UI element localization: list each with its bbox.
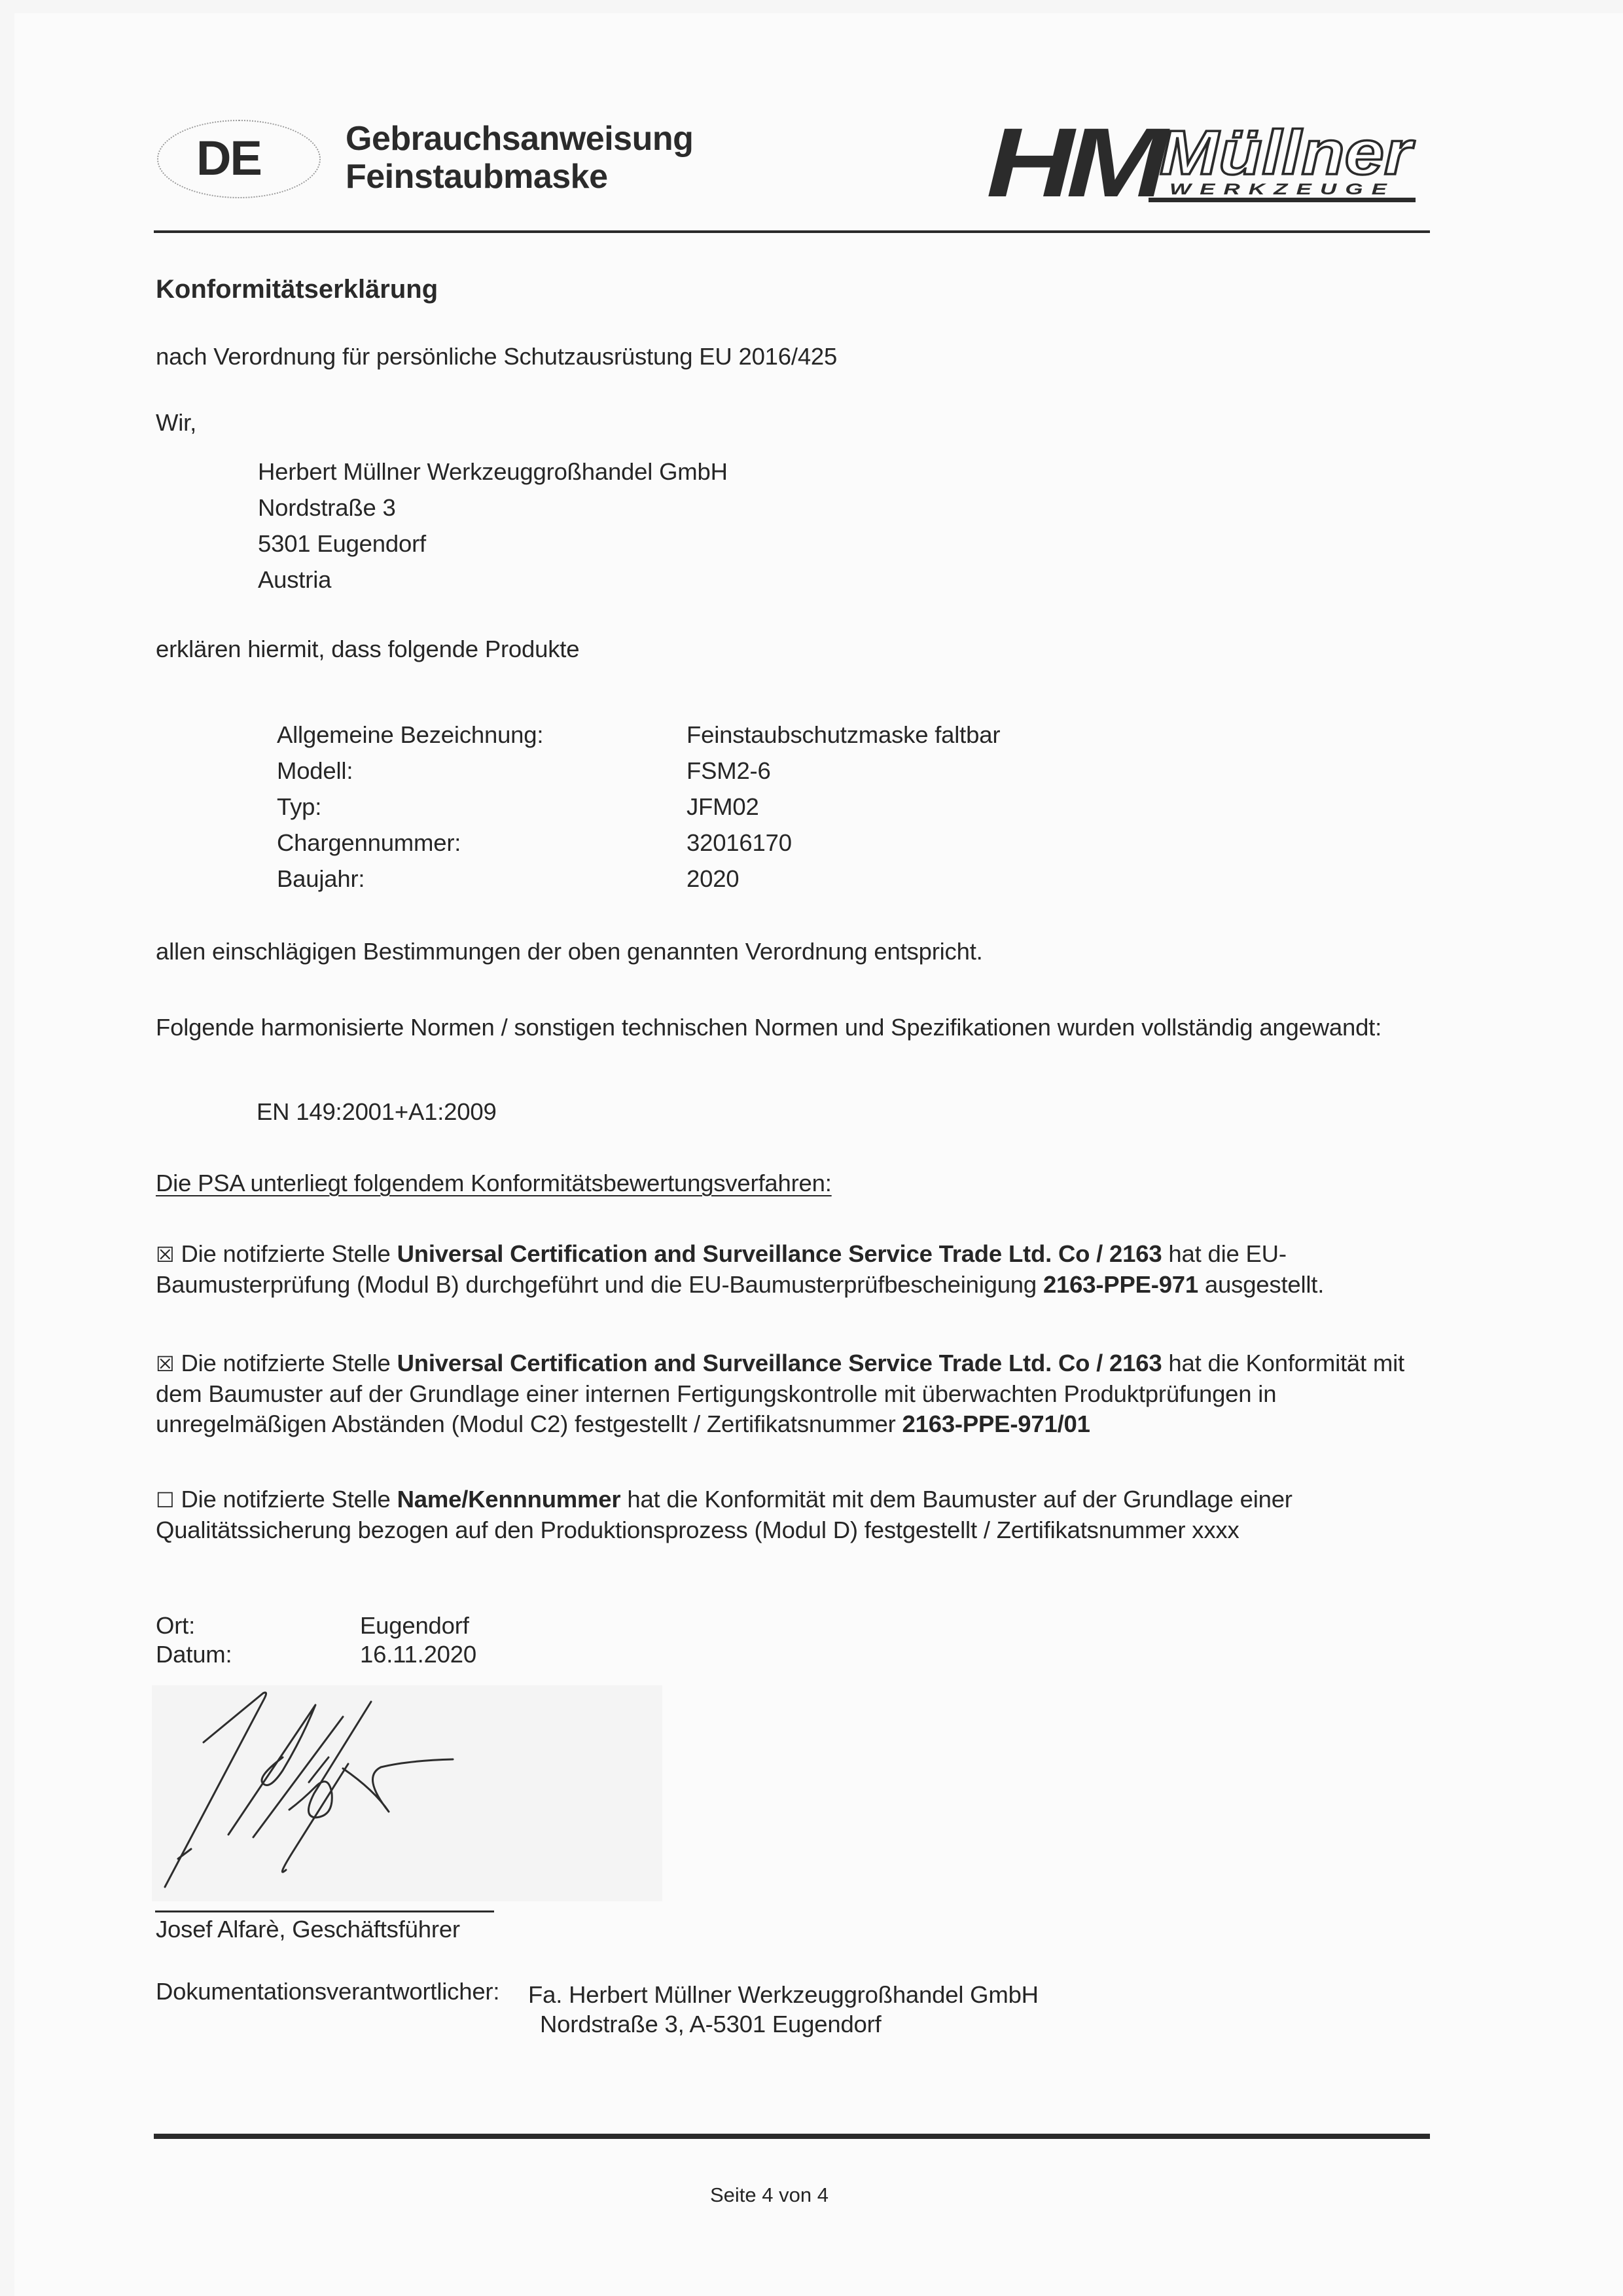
manufacturer-country: Austria (258, 562, 728, 598)
logo-initials: HM (986, 117, 1170, 205)
notified-body: Universal Certification and Surveillance… (397, 1240, 1162, 1267)
spec-row: Chargennummer: 32016170 (277, 825, 1000, 861)
procedure-text: Die notifzierte Stelle (181, 1486, 397, 1513)
spec-value: 32016170 (687, 825, 792, 861)
place-date-block: Ort:Eugendorf Datum:16.11.2020 (156, 1611, 476, 1669)
certificate-number: 2163-PPE-971/01 (902, 1410, 1090, 1437)
footer-divider (154, 2134, 1430, 2139)
signature-area (152, 1685, 662, 1901)
spec-row: Typ: JFM02 (277, 789, 1000, 825)
spec-label: Allgemeine Bezeichnung: (277, 717, 687, 753)
procedure-item: ☒ Die notifzierte Stelle Universal Certi… (156, 1348, 1438, 1439)
spec-label: Modell: (277, 753, 687, 789)
procedure-text: Die notifzierte Stelle (181, 1350, 397, 1376)
title-line-1: Gebrauchsanweisung (346, 120, 693, 158)
spec-value: Feinstaubschutzmaske faltbar (687, 717, 1000, 753)
certificate-number: 2163-PPE-971 (1043, 1271, 1198, 1298)
date-value: 16.11.2020 (360, 1640, 476, 1669)
signatory-name: Josef Alfarè, Geschäftsführer (156, 1918, 460, 1942)
spec-row: Modell: FSM2-6 (277, 753, 1000, 789)
procedure-text: ausgestellt. (1198, 1271, 1324, 1298)
notified-body: Universal Certification and Surveillance… (397, 1350, 1162, 1376)
logo-brand-name: Müllner (1160, 118, 1415, 188)
manufacturer-street: Nordstraße 3 (258, 490, 728, 526)
doc-responsible-company: Fa. Herbert Müllner Werkzeuggroßhandel G… (528, 1980, 1039, 2009)
we-label: Wir, (156, 411, 196, 435)
spec-row: Allgemeine Bezeichnung: Feinstaubschutzm… (277, 717, 1000, 753)
spec-label: Chargennummer: (277, 825, 687, 861)
procedure-item: ☐ Die notifzierte Stelle Name/Kennnummer… (156, 1484, 1438, 1545)
notified-body: Name/Kennnummer (397, 1486, 621, 1513)
declare-line: erklären hiermit, dass folgende Produkte (156, 637, 579, 662)
checkbox-checked-icon: ☒ (156, 1352, 175, 1376)
standards-intro: Folgende harmonisierte Normen / sonstige… (156, 1013, 1438, 1043)
manufacturer-city: 5301 Eugendorf (258, 526, 728, 562)
spec-value: JFM02 (687, 789, 759, 825)
company-logo: HM Müllner WERKZEUGE (980, 117, 1431, 205)
header-divider (154, 230, 1430, 233)
procedure-item: ☒ Die notifzierte Stelle Universal Certi… (156, 1239, 1438, 1300)
spec-label: Typ: (277, 789, 687, 825)
product-spec-table: Allgemeine Bezeichnung: Feinstaubschutzm… (277, 717, 1000, 897)
manufacturer-name: Herbert Müllner Werkzeuggroßhandel GmbH (258, 454, 728, 490)
regulation-line: nach Verordnung für persönliche Schutzau… (156, 345, 837, 369)
language-badge: DE (196, 134, 261, 183)
title-line-2: Feinstaubmaske (346, 158, 693, 196)
spec-value: 2020 (687, 861, 739, 897)
doc-responsible-label: Dokumentationsverantwortlicher: (156, 1980, 499, 2004)
spec-row: Baujahr: 2020 (277, 861, 1000, 897)
logo-brand-sub: WERKZEUGE (1169, 181, 1395, 198)
checkbox-unchecked-icon: ☐ (156, 1488, 175, 1513)
procedure-heading: Die PSA unterliegt folgendem Konformität… (156, 1172, 832, 1196)
document-title: Gebrauchsanweisung Feinstaubmaske (346, 120, 693, 196)
spec-label: Baujahr: (277, 861, 687, 897)
applied-standard: EN 149:2001+A1:2009 (257, 1100, 497, 1124)
signature-line (155, 1910, 494, 1912)
compliance-line: allen einschlägigen Bestimmungen der obe… (156, 940, 983, 964)
place-label: Ort: (156, 1611, 360, 1640)
procedure-text: Die notifzierte Stelle (181, 1240, 397, 1267)
logo-graphic: HM Müllner WERKZEUGE (980, 117, 1431, 205)
place-value: Eugendorf (360, 1611, 469, 1640)
doc-responsible-address: Fa. Herbert Müllner Werkzeuggroßhandel G… (528, 1980, 1039, 2039)
manufacturer-address: Herbert Müllner Werkzeuggroßhandel GmbH … (258, 454, 728, 598)
date-label: Datum: (156, 1640, 360, 1669)
declaration-heading: Konformitätserklärung (156, 276, 438, 302)
spec-value: FSM2-6 (687, 753, 771, 789)
checkbox-checked-icon: ☒ (156, 1242, 175, 1267)
signature-icon (152, 1685, 662, 1901)
page-number: Seite 4 von 4 (710, 2185, 829, 2205)
doc-responsible-street: Nordstraße 3, A-5301 Eugendorf (528, 2009, 1039, 2039)
